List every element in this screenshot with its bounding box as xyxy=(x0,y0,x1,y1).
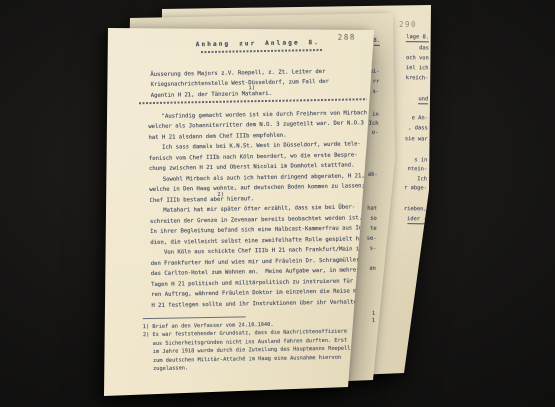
scanned-documents-photo: 290 lage 8.dasoch voniel ichkreich-unde … xyxy=(0,0,555,407)
body-text: "Ausfindig gemacht worden ist sie durch … xyxy=(148,108,370,311)
footnote-reference-1: 1) xyxy=(249,85,256,91)
document-heading: Anhang zur Anlage 8. xyxy=(149,38,367,49)
footnote-separator-rule xyxy=(143,316,246,319)
front-page-shadow: 288 Anhang zur Anlage 8. Äusserung des M… xyxy=(0,0,555,407)
footnote-reference-2: 2) xyxy=(217,191,224,197)
page-288: 288 Anhang zur Anlage 8. Äusserung des M… xyxy=(0,0,555,407)
heading-underline-rule xyxy=(201,49,322,53)
typewritten-content: 288 Anhang zur Anlage 8. Äusserung des M… xyxy=(0,0,555,407)
intro-paragraph: Äusserung des Majors z.V. Roepell, z. Zt… xyxy=(150,66,329,101)
footnotes: 1) Brief an den Verfasser vom 24.10.1940… xyxy=(143,319,351,374)
